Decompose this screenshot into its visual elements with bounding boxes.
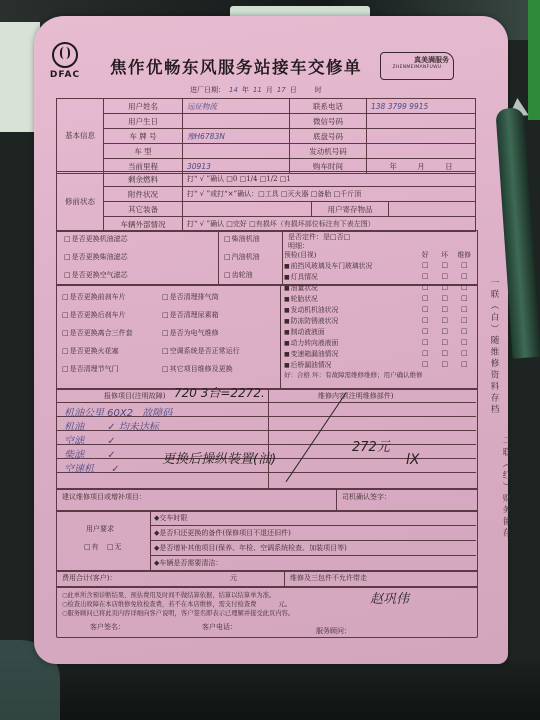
precheck-label: 轮胎状况 [284, 293, 415, 303]
term-text: 检查出故障在本店维修免收检查费，若不在本店维修，需支付检查费 [68, 601, 257, 608]
good-checkbox[interactable]: □ [415, 360, 435, 368]
divider [278, 238, 279, 388]
precheck-title: 预检(目视) [284, 249, 415, 259]
bad-checkbox[interactable]: □ [435, 283, 455, 291]
clutch-kit-check[interactable]: 是否更换离合三件套 [62, 328, 133, 338]
field-label: 联系电话 [290, 99, 367, 114]
birthday-field[interactable] [183, 114, 290, 129]
field-label: 附件状况 [104, 187, 183, 202]
precheck-label: 油量状况 [284, 282, 415, 292]
header-good: 好 [415, 249, 435, 259]
term-item: ○此单所含预诊断结果、预估费用及时间不做结算依据，结算以结算单为准。 [62, 590, 275, 599]
field-label: 微信号码 [290, 114, 367, 129]
repair-checkbox[interactable]: □ [454, 294, 474, 302]
term-item: ○检查出故障在本店维修免收检查费，若不在本店维修，需支付检查费元。 [62, 599, 291, 608]
checkbox-icon [64, 235, 72, 243]
checkbox-icon [84, 543, 92, 551]
pre-repair-table: 修前状态 剩余燃料 打“ √ ”确认 □0 □1/4 □1/2 □1 附件状况 … [56, 171, 476, 232]
field-label: 车 型 [104, 144, 183, 159]
date-year: 14 [229, 86, 238, 94]
rule [56, 402, 476, 403]
handwritten-repair-content: 更换后操纵装置(油) [162, 448, 276, 467]
repair-checkbox[interactable]: □ [454, 338, 474, 346]
requirement-item[interactable]: ◆车辆是否需要清洁： [154, 558, 222, 568]
handwritten-price: 272元 [352, 436, 390, 455]
diesel-filter-check[interactable]: 是否更换柴油滤芯 [64, 252, 128, 262]
check-label: 是否清理排气筒 [170, 293, 219, 301]
checkbox-icon [162, 347, 170, 355]
diesel-oil-check[interactable]: 柴油机油 [224, 234, 260, 244]
divider [282, 230, 283, 284]
checkbox-icon [162, 365, 170, 373]
repair-checkbox[interactable]: □ [454, 349, 474, 357]
fuel-level-options[interactable]: 打“ √ ”确认 □0 □1/4 □1/2 □1 [183, 172, 476, 187]
divider [268, 388, 269, 488]
checkbox-icon [224, 253, 232, 261]
pre-repair-row: 修前状态 剩余燃料 打“ √ ”确认 □0 □1/4 □1/2 □1 [57, 172, 476, 187]
report-item-mark: ✓ [111, 464, 119, 475]
good-checkbox[interactable]: □ [415, 338, 435, 346]
front-brake-pad-check[interactable]: 是否更换前刹车片 [62, 292, 126, 302]
date-time-unit: 时 [315, 85, 322, 95]
repair-checkbox[interactable]: □ [454, 305, 474, 313]
precheck-label: 变速箱漏油情况 [284, 348, 415, 358]
header-repair: 维修 [454, 249, 474, 259]
gear-oil-check[interactable]: 齿轮油 [224, 270, 253, 280]
user-requirements-section [56, 510, 478, 572]
check-label: 是否更换空气滤芯 [72, 271, 128, 279]
rear-brake-pad-check[interactable]: 是否更换后刹车片 [62, 310, 126, 320]
precheck-label: 防冻防锈液状况 [284, 315, 415, 325]
option-label: 有 [92, 543, 99, 551]
report-item[interactable]: 机油公里 60X2 故障码 [64, 404, 172, 419]
precheck-label: 前挡风玻璃及车门玻璃状况 [284, 260, 415, 270]
repair-content-header: 维修内容(注明维修部件) [318, 391, 393, 401]
field-label: 车 牌 号 [104, 129, 183, 144]
check-label: 是否更换前刹车片 [70, 293, 126, 301]
header-bad: 坏 [435, 249, 455, 259]
term-item: ○服务顾问已将此页内容详细向客户说明，客户签名即表示已理解并接受此页内容。 [62, 608, 294, 617]
pre-repair-row: 其它装备 用户寄存物品 [57, 202, 476, 217]
bad-checkbox[interactable]: □ [435, 305, 455, 313]
precheck-item: 油量状况□□□ [284, 281, 474, 292]
option-no[interactable]: 无 [107, 543, 122, 551]
rule [150, 540, 476, 541]
repair-checkbox[interactable]: □ [454, 283, 474, 291]
urea-tank-check[interactable]: 是否清理尿素箱 [162, 310, 219, 320]
cost-unit: 元 [230, 573, 237, 583]
precheck-label: 灯具情况 [284, 271, 415, 281]
ac-system-check[interactable]: 空调系统是否正常运行 [162, 346, 240, 356]
good-checkbox[interactable]: □ [415, 327, 435, 335]
air-filter-check[interactable]: 是否更换空气滤芯 [64, 270, 128, 280]
basic-info-table: 基本信息 用户姓名 远征物流 联系电话 138 3799 9915 用户生日 微… [56, 98, 476, 174]
field-label: 底盘号码 [290, 129, 367, 144]
repair-checkbox[interactable]: □ [454, 316, 474, 324]
chassis-number-field[interactable] [367, 129, 476, 144]
customer-name-field[interactable]: 远征物流 [183, 99, 290, 114]
date-day-unit: 日 [290, 85, 297, 95]
copy-note-white: 一联（白）随维修资料存档 [488, 278, 500, 416]
other-equipment-field[interactable] [183, 202, 312, 217]
field-label: 用户生日 [104, 114, 183, 129]
report-items-header: 报修项目(注明故障) [104, 391, 165, 401]
background-desk [0, 660, 540, 720]
brand-logo: DFAC [42, 42, 88, 80]
check-label: 是否更换后刹车片 [70, 311, 126, 319]
repair-checkbox[interactable]: □ [454, 360, 474, 368]
date-month: 11 [253, 86, 262, 94]
report-item-text: 空速机 [64, 464, 94, 475]
checkbox-icon [62, 293, 70, 301]
handwritten-signature: 赵巩伟 [370, 588, 409, 607]
checkbox-icon [62, 311, 70, 319]
vehicle-model-field[interactable] [183, 144, 290, 159]
good-checkbox[interactable]: □ [415, 294, 435, 302]
check-label: 齿轮油 [232, 271, 253, 279]
basic-info-row: 用户生日 微信号码 [57, 114, 476, 129]
requirement-label: 是否增补其他项目(保养、年检、空调系统检查、加装项目等) [159, 544, 346, 552]
exhaust-clean-check[interactable]: 是否清理排气筒 [162, 292, 219, 302]
pre-repair-section-label: 修前状态 [57, 172, 104, 232]
check-label: 是否清理尿素箱 [170, 311, 219, 319]
brand-logo-text: DFAC [42, 70, 88, 80]
plate-number-field[interactable]: 豫H6783N [183, 129, 290, 144]
report-item[interactable]: 机油 ✓ 均未达标 [64, 418, 159, 433]
background-green-object [528, 0, 540, 120]
wechat-field[interactable] [367, 114, 476, 129]
check-label: 柴油机油 [232, 235, 260, 243]
good-checkbox[interactable]: □ [415, 316, 435, 324]
field-label: 其它装备 [104, 202, 183, 217]
check-label: 是否更换柴油滤芯 [72, 253, 128, 261]
term-text: 此单所含预诊断结果、预估费用及时间不做结算依据，结算以结算单为准。 [68, 592, 276, 599]
form-title: 焦作优畅东风服务站接车交修单 [110, 54, 362, 78]
precheck-label: 动力转向液液面 [284, 337, 415, 347]
checkbox-icon [62, 347, 70, 355]
field-label: 发动机号码 [290, 144, 367, 159]
requirement-label: 车辆是否需要清洁： [159, 559, 222, 567]
checkbox-icon [162, 311, 170, 319]
date-label: 进厂日期： [190, 85, 225, 95]
service-badge: 真美满服务 ZHENMEIMANFUWU [380, 52, 454, 80]
form-header: DFAC 焦作优畅东风服务站接车交修单 真美满服务 ZHENMEIMANFUWU… [40, 38, 460, 98]
precheck-item: 动力转向液液面□□□ [284, 336, 474, 347]
gasoline-oil-check[interactable]: 汽油机油 [224, 252, 260, 262]
good-checkbox[interactable]: □ [415, 261, 435, 269]
check-label: 空调系统是否正常运行 [170, 347, 240, 355]
field-label: 用户姓名 [104, 99, 183, 114]
basic-info-row: 车 牌 号 豫H6783N 底盘号码 [57, 129, 476, 144]
entry-date: 进厂日期： 14 年 11 月 17 日 时 [190, 85, 322, 95]
field-label: 剩余燃料 [104, 172, 183, 187]
spark-plug-check[interactable]: 是否更换火花塞 [62, 346, 119, 356]
other-items-check[interactable]: 其它项目维修及更换 [162, 364, 233, 374]
precheck-legend: 好：合格 坏：有故障需维修维修；用户确认维修 [284, 369, 474, 380]
divider [280, 284, 281, 388]
date-day: 17 [277, 86, 286, 94]
bad-checkbox[interactable]: □ [435, 261, 455, 269]
precheck-item: 后桥漏油情况□□□ [284, 358, 474, 369]
precheck-header: 预检(目视) 好 坏 维修 [284, 248, 474, 259]
basic-info-section-label: 基本信息 [57, 99, 104, 174]
checkbox-icon [62, 365, 70, 373]
check-label: 其它项目维修及更换 [170, 365, 233, 373]
handwritten-total-note: 720 3台=2272. [174, 384, 265, 401]
option-label: 无 [114, 543, 121, 551]
dongfeng-logo-icon [52, 42, 78, 68]
rule [56, 444, 476, 445]
check-label: 是否清理节气门 [70, 365, 119, 373]
customer-signature-field[interactable]: 客户签名： [90, 622, 125, 632]
bad-checkbox[interactable]: □ [435, 294, 455, 302]
badge-title: 真美满服务 [381, 53, 453, 65]
accessories-options[interactable]: 打“ √ ”或打“×”确认：□工具 □灭火器 □备胎 □千斤顶 [183, 187, 476, 202]
checkbox-icon [64, 253, 72, 261]
good-checkbox[interactable]: □ [415, 349, 435, 357]
pre-repair-row: 附件状况 打“ √ ”或打“×”确认：□工具 □灭火器 □备胎 □千斤顶 [57, 187, 476, 202]
customer-phone-field[interactable]: 客户电话： [202, 622, 237, 632]
checkbox-icon [162, 329, 170, 337]
precheck-item: 轮胎状况□□□ [284, 292, 474, 303]
checkbox-icon [162, 293, 170, 301]
good-checkbox[interactable]: □ [415, 305, 435, 313]
precheck-item: 发动机机油状况□□□ [284, 303, 474, 314]
repair-checkbox[interactable]: □ [454, 261, 474, 269]
cost-total-label[interactable]: 费用合计(客户)： [62, 573, 116, 583]
precheck-item: 前挡风玻璃及车门玻璃状况□□□ [284, 259, 474, 270]
requirement-item[interactable]: ◆是否归还更换的备件(保修项目不退还旧件) [154, 528, 291, 538]
cost-note: 维修及三包件不允许带走 [290, 573, 367, 583]
engine-number-field[interactable] [367, 144, 476, 159]
divider [336, 488, 337, 510]
requirement-label: 是否归还更换的备件(保修项目不退还旧件) [159, 529, 290, 537]
precheck-label: 后桥漏油情况 [284, 359, 415, 369]
bad-checkbox[interactable]: □ [435, 338, 455, 346]
driver-signature-label[interactable]: 司机确认签字： [342, 492, 391, 502]
requirement-label: 交车时限 [159, 514, 187, 522]
precheck-item: 防冻防锈液状况□□□ [284, 314, 474, 325]
handwritten-mark: lX [406, 452, 419, 468]
repair-checkbox[interactable]: □ [454, 272, 474, 280]
divider [284, 570, 285, 586]
check-label: 是否更换离合三件套 [70, 329, 133, 337]
good-checkbox[interactable]: □ [415, 272, 435, 280]
rule [150, 525, 476, 526]
stored-items-field[interactable] [389, 202, 476, 217]
precheck-item: 灯具情况□□□ [284, 270, 474, 281]
bad-checkbox[interactable]: □ [435, 327, 455, 335]
term-fee-unit: 元。 [278, 601, 291, 608]
checkbox-icon [224, 271, 232, 279]
badge-subtitle: ZHENMEIMANFUWU [381, 65, 453, 70]
precheck-label: 制动液液面 [284, 326, 415, 336]
good-checkbox[interactable]: □ [415, 283, 435, 291]
precheck-panel: 预检(目视) 好 坏 维修 前挡风玻璃及车门玻璃状况□□□ 灯具情况□□□ 油量… [284, 248, 474, 380]
repair-checkbox[interactable]: □ [454, 327, 474, 335]
option-yes[interactable]: 有 [84, 543, 99, 551]
basic-info-row: 基本信息 用户姓名 远征物流 联系电话 138 3799 9915 [57, 99, 476, 114]
user-requirements-options: 有 无 [84, 542, 121, 552]
copy-note-red: 二联（红）财务留存 [500, 436, 512, 540]
requirement-item[interactable]: ◆交车时限 [154, 513, 187, 523]
suggest-items-label[interactable]: 建议维修项目或增补项目： [62, 492, 146, 502]
check-label: 是否更换火花塞 [70, 347, 119, 355]
check-label: 是否为电气维修 [170, 329, 219, 337]
oil-filter-check[interactable]: 是否更换机油滤芯 [64, 234, 128, 244]
rule [150, 555, 476, 556]
check-label: 是否更换机油滤芯 [72, 235, 128, 243]
precheck-item: 变速箱漏油情况□□□ [284, 347, 474, 358]
precheck-label: 发动机机油状况 [284, 304, 415, 314]
checkbox-icon [224, 235, 232, 243]
report-item[interactable]: 柴滤 ✓ [64, 446, 116, 461]
bad-checkbox[interactable]: □ [435, 272, 455, 280]
report-item[interactable]: 空滤 ✓ [64, 432, 116, 447]
throttle-clean-check[interactable]: 是否清理节气门 [62, 364, 119, 374]
date-month-unit: 月 [266, 85, 273, 95]
requirement-item[interactable]: ◆是否增补其他项目(保养、年检、空调系统检查、加装项目等) [154, 543, 347, 553]
user-requirements-label: 用户要求 [86, 524, 114, 534]
check-label: 汽油机油 [232, 253, 260, 261]
basic-info-row: 车 型 发动机号码 [57, 144, 476, 159]
phone-field[interactable]: 138 3799 9915 [367, 99, 476, 114]
precheck-item: 制动液液面□□□ [284, 325, 474, 336]
electrical-repair-check[interactable]: 是否为电气维修 [162, 328, 219, 338]
service-advisor-field[interactable]: 服务顾问： [316, 626, 351, 636]
report-item[interactable]: 空速机 ✓ [64, 460, 120, 475]
bad-checkbox[interactable]: □ [435, 316, 455, 324]
divider [218, 230, 219, 284]
service-form-paper: DFAC 焦作优畅东风服务站接车交修单 真美满服务 ZHENMEIMANFUWU… [34, 16, 508, 664]
checkbox-icon [64, 271, 72, 279]
checkbox-icon [62, 329, 70, 337]
term-text: 服务顾问已将此页内容详细向客户说明，客户签名即表示已理解并接受此页内容。 [68, 610, 295, 617]
bad-checkbox[interactable]: □ [435, 349, 455, 357]
date-year-unit: 年 [242, 85, 249, 95]
bad-checkbox[interactable]: □ [435, 360, 455, 368]
field-label: 用户寄存物品 [312, 202, 389, 217]
